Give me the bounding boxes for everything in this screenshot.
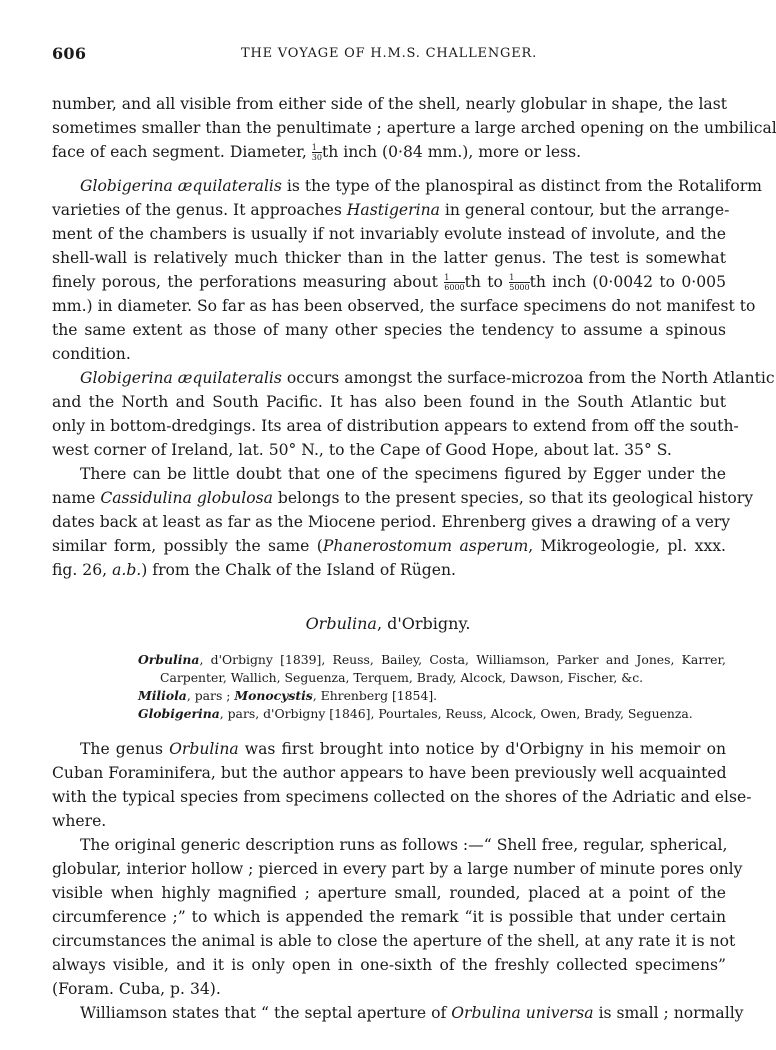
text-line: varieties of the genus. It approaches Ha… (52, 198, 726, 222)
species-name: Phanerostomum asperum (323, 537, 528, 555)
fraction-denominator: 5000 (509, 282, 529, 292)
text-span: face of each segment. Diameter, (52, 143, 312, 161)
synonymy-line: Carpenter, Wallich, Seguenza, Terquem, B… (160, 669, 726, 687)
text-span: fig. 26, (52, 561, 112, 579)
text-line: only in bottom-dredgings. Its area of di… (52, 414, 726, 438)
text-line: sometimes smaller than the penultimate ;… (52, 116, 726, 140)
text-span: similar form, possibly the same ( (52, 537, 323, 555)
species-name: Orbulina universa (451, 1004, 593, 1022)
text-line: circumstances the animal is able to clos… (52, 929, 726, 953)
fraction-numerator: 1 (509, 273, 529, 282)
text-line: The genus Orbulina was first brought int… (80, 737, 726, 761)
text-line: globular, interior hollow ; pierced in e… (52, 857, 726, 881)
text-line: fig. 26, a.b.) from the Chalk of the Isl… (52, 558, 726, 582)
synonym-genus: Miliola (138, 688, 187, 703)
text-line: The original generic description runs as… (80, 833, 726, 857)
text-line: Globigerina æquilateralis is the type of… (80, 174, 726, 198)
text-span: was first brought into notice by d'Orbig… (239, 740, 726, 758)
text-line: face of each segment. Diameter, 130th in… (52, 140, 726, 164)
text-span: varieties of the genus. It approaches (52, 201, 347, 219)
text-span: belongs to the present species, so that … (273, 489, 753, 507)
synonym-genus: Orbulina (138, 652, 199, 667)
document-page: 606 THE VOYAGE OF H.M.S. CHALLENGER. num… (0, 0, 776, 1050)
text-line: Globigerina æquilateralis occurs amongst… (80, 366, 726, 390)
text-span: The genus (80, 740, 169, 758)
text-line: where. (52, 809, 726, 833)
synonym-genus: Monocystis (234, 688, 312, 703)
text-line: and the North and South Pacific. It has … (52, 390, 726, 414)
text-line: (Foram. Cuba, p. 34). (52, 977, 726, 1001)
text-line: There can be little doubt that one of th… (80, 462, 726, 486)
text-line: condition. (52, 342, 726, 366)
text-line: the same extent as those of many other s… (52, 318, 726, 342)
text-span: is the type of the planospiral as distin… (282, 177, 762, 195)
synonymy-line: Globigerina, pars, d'Orbigny [1846], Pou… (138, 705, 726, 723)
text-line: number, and all visible from either side… (52, 92, 726, 116)
running-head: 606 THE VOYAGE OF H.M.S. CHALLENGER. (52, 44, 726, 66)
text-line: similar form, possibly the same (Phanero… (52, 534, 726, 558)
text-span: th inch (0·0042 to 0·005 (530, 273, 726, 291)
text-line: dates back at least as far as the Miocen… (52, 510, 726, 534)
species-name: Globigerina æquilateralis (80, 177, 282, 195)
synonym-text: , d'Orbigny [1839], Reuss, Bailey, Costa… (199, 652, 726, 667)
heading-author: , d'Orbigny. (377, 614, 470, 633)
synonym-text: , pars, d'Orbigny [1846], Pourtales, Reu… (220, 706, 693, 721)
text-line: west corner of Ireland, lat. 50° N., to … (52, 438, 726, 462)
text-line: Cuban Foraminifera, but the author appea… (52, 761, 726, 785)
text-span: occurs amongst the surface-microzoa from… (282, 369, 775, 387)
synonym-text: , Ehrenberg [1854]. (313, 688, 437, 703)
text-line: with the typical species from specimens … (52, 785, 726, 809)
genus-name: Hastigerina (347, 201, 440, 219)
text-line: visible when highly magnified ; aperture… (52, 881, 726, 905)
fraction-denominator: 6000 (444, 282, 464, 292)
text-line: circumference ;” to which is appended th… (52, 905, 726, 929)
fraction: 16000 (444, 273, 464, 292)
synonymy-line: Orbulina, d'Orbigny [1839], Reuss, Baile… (138, 651, 726, 669)
synonym-genus: Globigerina (138, 706, 220, 721)
genus-name: Orbulina (169, 740, 239, 758)
text-span: , Mikrogeologie, pl. xxx. (528, 537, 726, 555)
species-name: Cassidulina globulosa (100, 489, 273, 507)
text-span: th inch (0·84 mm.), more or less. (322, 143, 581, 161)
text-line: name Cassidulina globulosa belongs to th… (52, 486, 726, 510)
text-span: is small ; normally (594, 1004, 744, 1022)
text-span: finely porous, the perforations measurin… (52, 273, 444, 291)
running-title: THE VOYAGE OF H.M.S. CHALLENGER. (52, 46, 726, 61)
text-span: in general contour, but the arrange- (440, 201, 729, 219)
fraction: 130 (312, 143, 322, 162)
figure-ref: a.b. (112, 561, 141, 579)
text-span: ) from the Chalk of the Island of Rügen. (141, 561, 456, 579)
text-line: shell-wall is relatively much thicker th… (52, 246, 726, 270)
text-span: name (52, 489, 100, 507)
text-line: mm.) in diameter. So far as has been obs… (52, 294, 726, 318)
species-name: Globigerina æquilateralis (80, 369, 282, 387)
text-span: th to (465, 273, 510, 291)
heading-genus: Orbulina (306, 614, 377, 633)
fraction-denominator: 30 (312, 152, 322, 162)
text-line: ment of the chambers is usually if not i… (52, 222, 726, 246)
text-line: Williamson states that “ the septal aper… (80, 1001, 726, 1025)
text-line: always visible, and it is only open in o… (52, 953, 726, 977)
section-heading: Orbulina, d'Orbigny. (0, 612, 776, 636)
synonymy-line: Miliola, pars ; Monocystis, Ehrenberg [1… (138, 687, 726, 705)
text-line: finely porous, the perforations measurin… (52, 270, 726, 294)
fraction-numerator: 1 (444, 273, 464, 282)
fraction-numerator: 1 (312, 143, 322, 152)
synonym-text: , pars ; (187, 688, 235, 703)
fraction: 15000 (509, 273, 529, 292)
text-span: Williamson states that “ the septal aper… (80, 1004, 451, 1022)
